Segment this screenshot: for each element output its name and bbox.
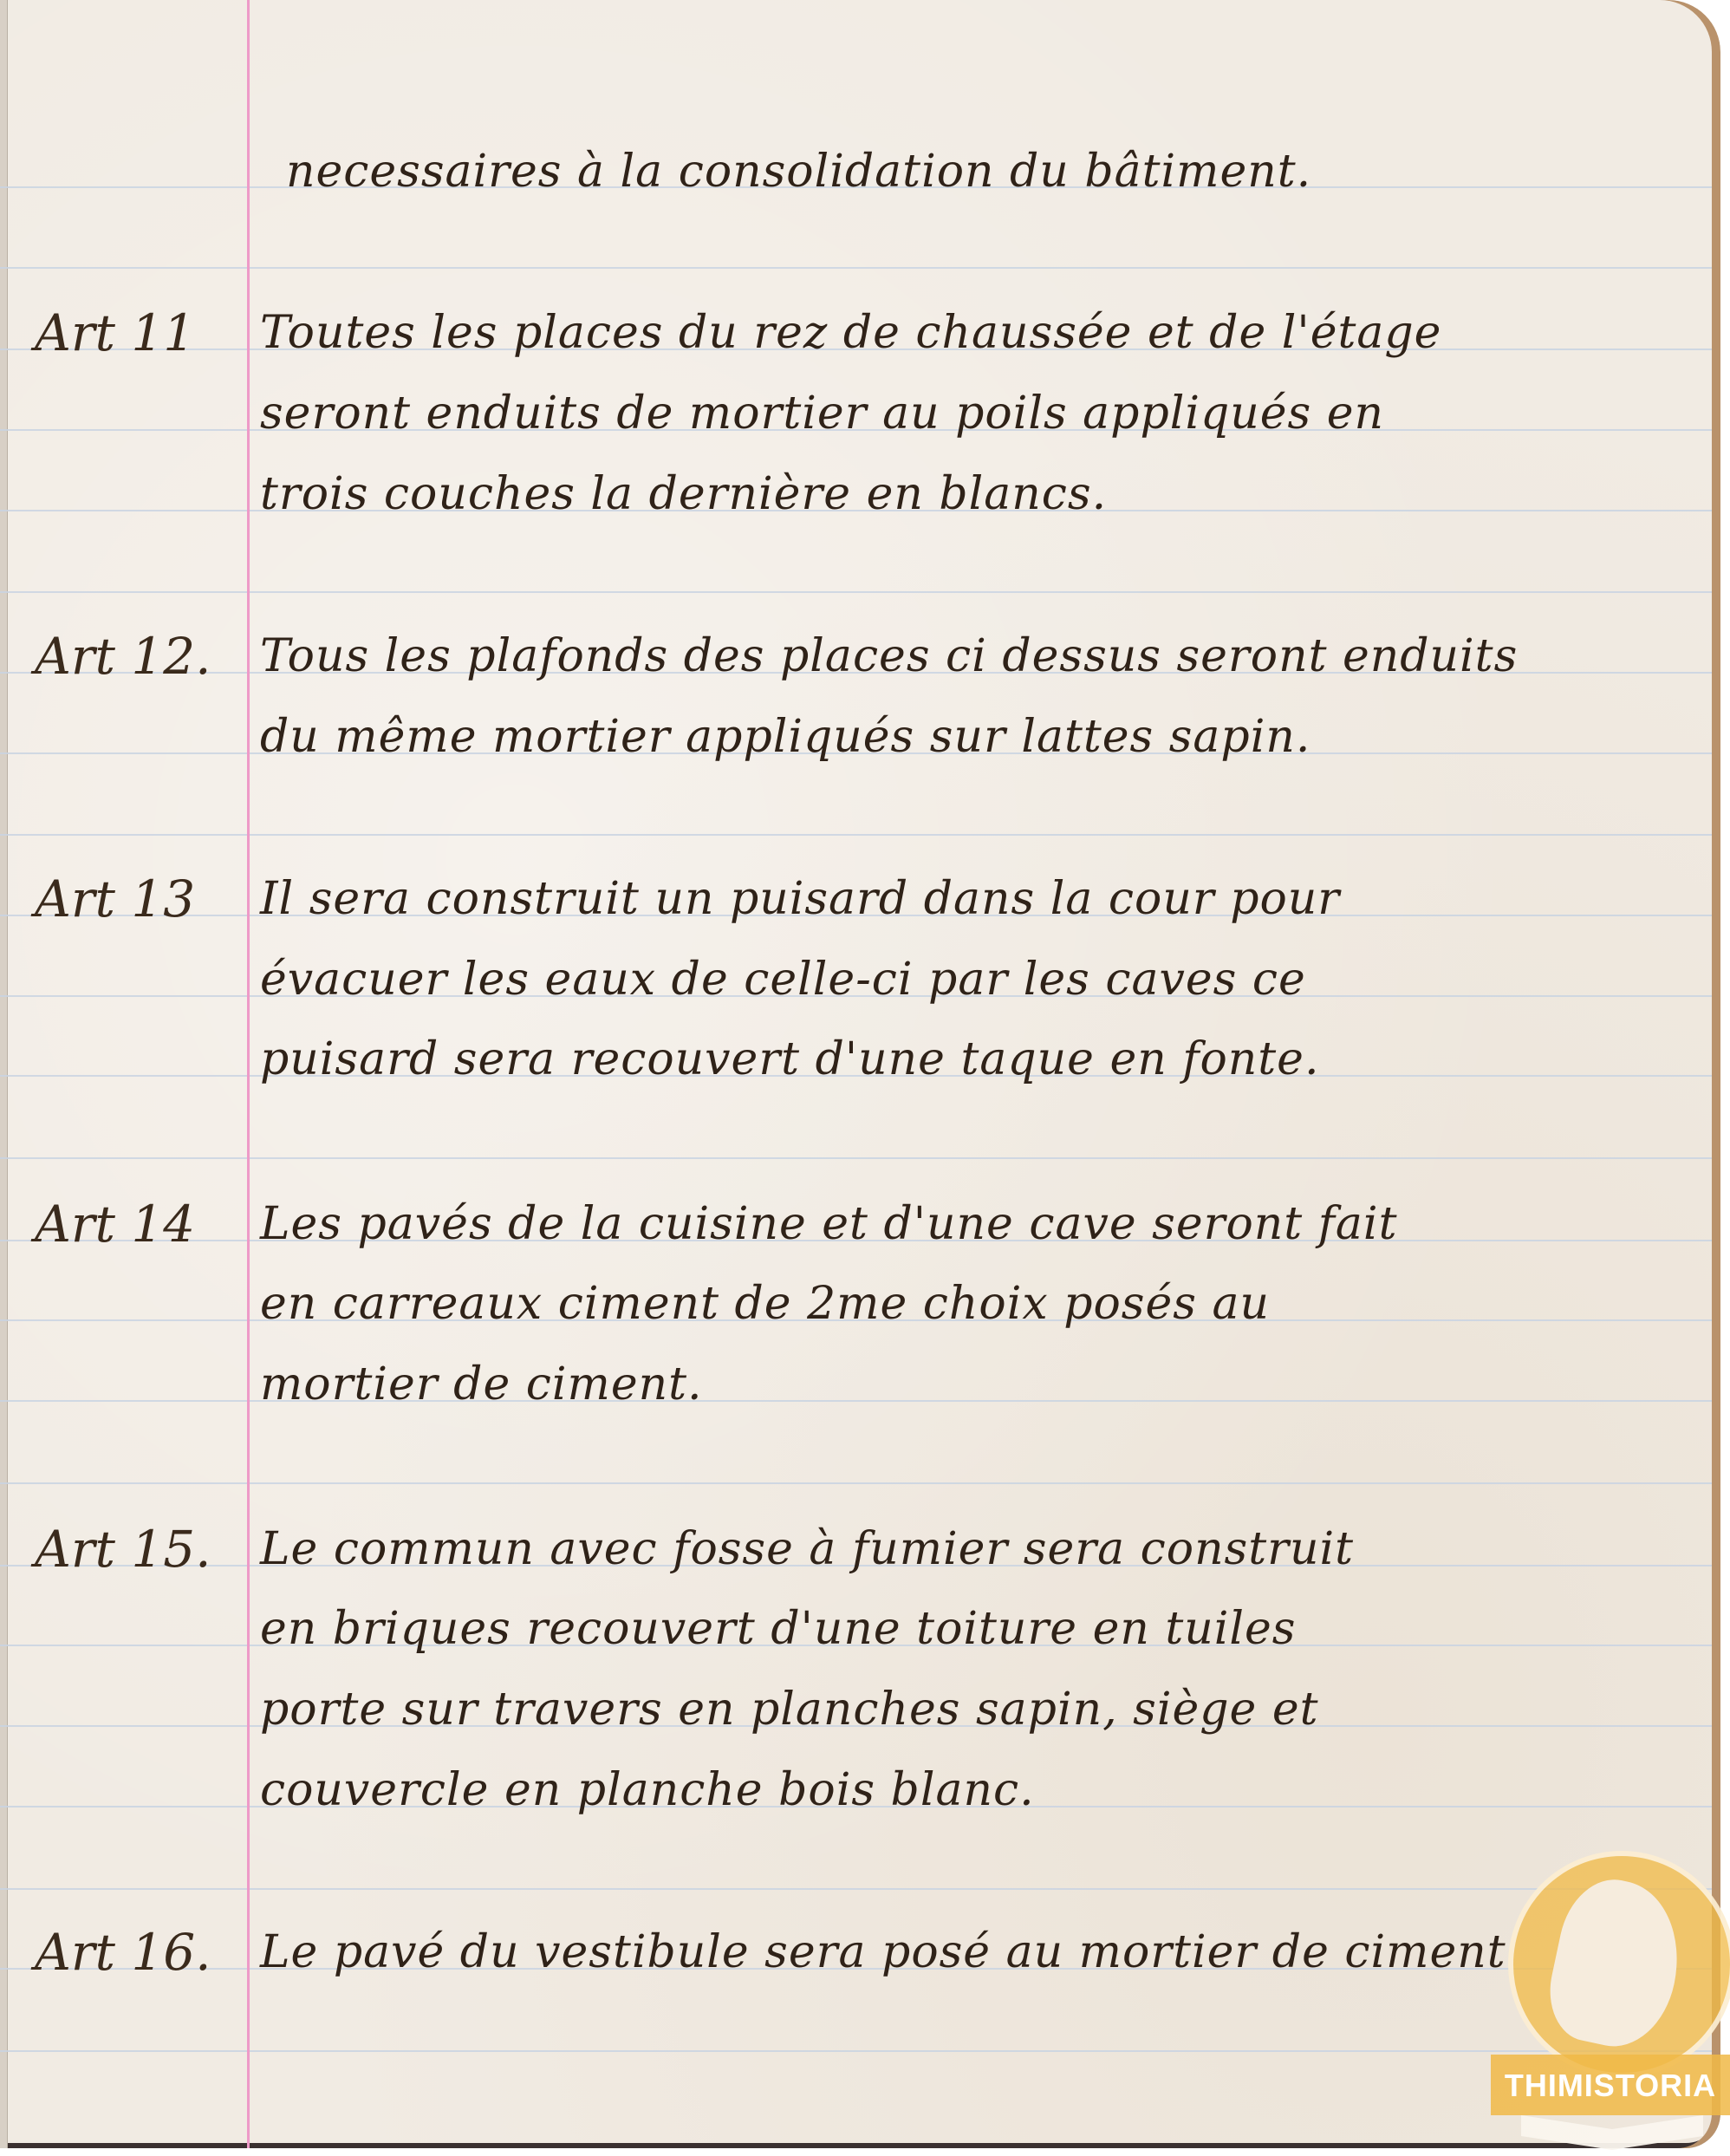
article-text-line: en briques recouvert d'une toiture en tu… xyxy=(260,1606,1296,1651)
ruled-line xyxy=(0,2050,1712,2052)
article-label: Art 15. xyxy=(35,1520,211,1579)
article-label: Art 16. xyxy=(35,1923,211,1982)
article-text-line: Le pavé du vestibule sera posé au mortie… xyxy=(260,1930,1506,1975)
page-binding-edge xyxy=(0,0,8,2148)
article-label: Art 12. xyxy=(35,627,211,686)
ruled-line xyxy=(0,834,1712,836)
article-text-line: Tous les plafonds des places ci dessus s… xyxy=(260,634,1518,679)
article-label: Art 13 xyxy=(35,870,195,928)
article-text-line: du même mortier appliqués sur lattes sap… xyxy=(260,714,1311,759)
thimistoria-watermark-logo: THIMISTORIA xyxy=(1491,1851,1730,2156)
article-label: Art 11 xyxy=(35,303,195,362)
ruled-line xyxy=(0,267,1712,269)
article-text-line: évacuer les eaux de celle-ci par les cav… xyxy=(260,957,1306,1002)
ruled-line xyxy=(0,1888,1712,1890)
article-text-line: Le commun avec fosse à fumier sera const… xyxy=(260,1527,1354,1572)
article-text-line: seront enduits de mortier au poils appli… xyxy=(260,391,1384,436)
ruled-line xyxy=(0,1400,1712,1402)
article-text-line: mortier de ciment. xyxy=(260,1362,703,1407)
continuation-line: necessaires à la consolidation du bâtime… xyxy=(286,149,1311,194)
ruled-line xyxy=(0,1482,1712,1484)
open-book-icon xyxy=(1521,2115,1703,2150)
notebook-page: necessaires à la consolidation du bâtime… xyxy=(0,0,1720,2148)
article-text-line: trois couches la dernière en blancs. xyxy=(260,472,1107,517)
article-text-line: Les pavés de la cuisine et d'une cave se… xyxy=(260,1202,1397,1247)
ruled-line xyxy=(0,591,1712,593)
ruled-line xyxy=(0,1157,1712,1159)
article-text-line: en carreaux ciment de 2me choix posés au xyxy=(260,1281,1270,1326)
article-label: Art 14 xyxy=(35,1195,195,1254)
article-text-line: porte sur travers en planches sapin, siè… xyxy=(260,1687,1319,1732)
article-text-line: puisard sera recouvert d'une taque en fo… xyxy=(260,1037,1319,1082)
article-text-line: Il sera construit un puisard dans la cou… xyxy=(260,876,1340,922)
watermark-text: THIMISTORIA xyxy=(1491,2068,1730,2104)
article-text-line: Toutes les places du rez de chaussée et … xyxy=(260,310,1441,355)
article-text-line: couvercle en planche bois blanc. xyxy=(260,1768,1035,1813)
margin-line xyxy=(247,0,250,2148)
